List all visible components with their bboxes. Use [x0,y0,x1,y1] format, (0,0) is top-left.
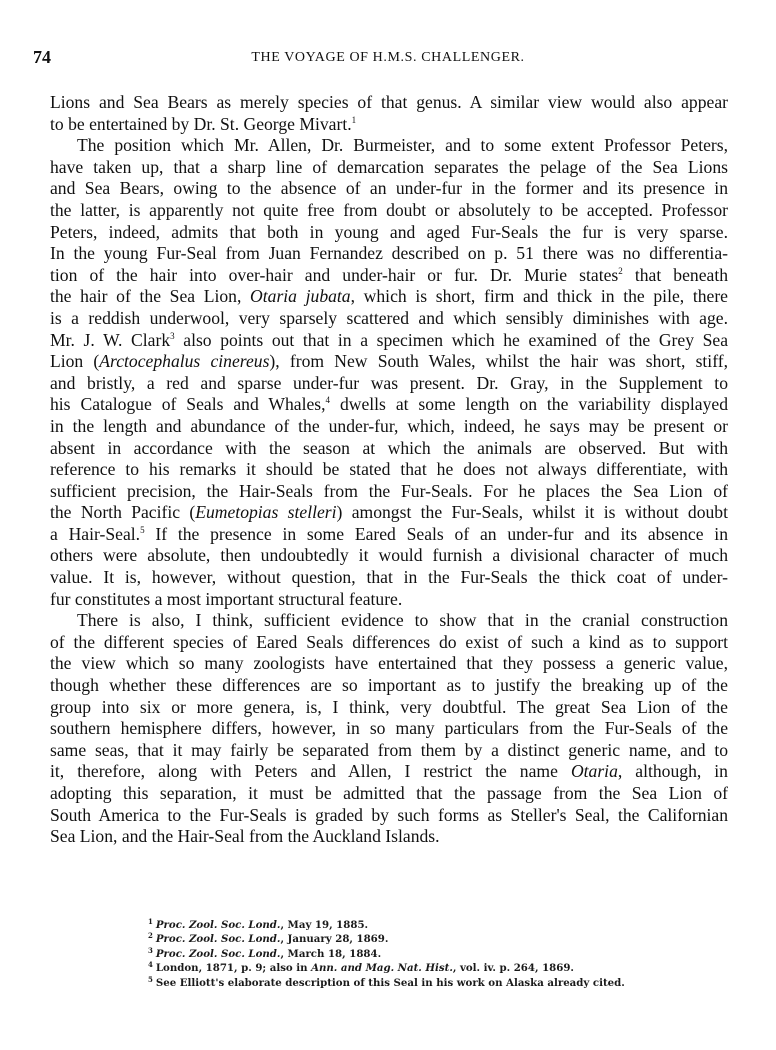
footnote-number: 3 [148,946,153,955]
line-text: value. It is, however, without question,… [50,567,728,587]
text-line: is a reddish underwool, very sparsely sc… [50,308,728,330]
text-line: it, therefore, along with Peters and All… [50,761,728,783]
footnote-5: 5See Elliott's elaborate description of … [148,976,625,990]
text-line: in the length and abundance of the under… [50,416,728,438]
line-text: others were absolute, then undoubtedly i… [50,545,728,565]
text-line: and Sea Bears, owing to the absence of a… [50,178,728,200]
line-text: Lion ( [50,351,99,371]
footnote-text: , March 18, 1884. [280,948,381,960]
text-line: value. It is, however, without question,… [50,567,728,589]
line-text: , although, in [618,761,728,781]
footnote-ref[interactable]: 1 [352,115,357,125]
text-line: South America to the Fur-Seals is graded… [50,805,728,827]
line-text: , which is short, firm and thick in the … [351,286,728,306]
line-text: There is also, I think, sufficient evide… [77,610,728,630]
text-line: adopting this separation, it must be adm… [50,783,728,805]
line-text: Lions and Sea Bears as merely species of… [50,92,728,112]
citation-title: Proc. Zool. Soc. Lond. [156,948,281,960]
text-line: a Hair-Seal.5 If the presence in some Ea… [50,524,728,546]
text-line: the North Pacific (Eumetopias stelleri) … [50,502,728,524]
line-text: southern hemisphere differs, however, in… [50,718,728,738]
text-line: group into six or more genera, is, I thi… [50,697,728,719]
line-text: the latter, is apparently not quite free… [50,200,728,220]
line-text: Sea Lion, and the Hair-Seal from the Auc… [50,826,440,846]
text-line: and bristly, a red and sparse under-fur … [50,373,728,395]
footnote-text: , January 28, 1869. [280,933,388,945]
line-text: ), from New South Wales, whilst the hair… [269,351,728,371]
line-text: it, therefore, along with Peters and All… [50,761,571,781]
text-line: though whether these differences are so … [50,675,728,697]
text-line: tion of the hair into over-hair and unde… [50,265,728,287]
line-text: to be entertained by Dr. St. George Miva… [50,114,352,134]
species-name: Eumetopias stelleri [195,502,336,522]
line-text: Peters, indeed, admits that both in youn… [50,222,728,242]
line-text: The position which Mr. Allen, Dr. Burmei… [77,135,728,155]
line-text: reference to his remarks it should be st… [50,459,728,479]
text-line: southern hemisphere differs, however, in… [50,718,728,740]
text-line: same seas, that it may fairly be separat… [50,740,728,762]
line-text: though whether these differences are so … [50,675,728,695]
line-text: of the different species of Eared Seals … [50,632,728,652]
species-name: Otaria [571,761,618,781]
line-text: fur constitutes a most important structu… [50,589,402,609]
line-text: have taken up, that a sharp line of dema… [50,157,728,177]
line-text: In the young Fur-Seal from Juan Fernande… [50,243,728,263]
footnote-text: London, 1871, p. 9; also in [156,962,311,974]
footnote-text: See Elliott's elaborate description of t… [156,977,625,989]
line-text: South America to the Fur-Seals is graded… [50,805,728,825]
text-line: others were absolute, then undoubtedly i… [50,545,728,567]
text-line: The position which Mr. Allen, Dr. Burmei… [50,135,728,157]
species-name: Arctocephalus cinereus [99,351,269,371]
text-line: There is also, I think, sufficient evide… [50,610,728,632]
line-text: group into six or more genera, is, I thi… [50,697,728,717]
line-text: his Catalogue of Seals and Whales, [50,394,326,414]
footnote-number: 4 [148,960,153,969]
citation-title: Ann. and Mag. Nat. Hist. [311,962,453,974]
footnotes: 1Proc. Zool. Soc. Lond., May 19, 1885.2P… [148,918,625,990]
text-line: Peters, indeed, admits that both in youn… [50,222,728,244]
line-text: the view which so many zoologists have e… [50,653,728,673]
footnote-number: 1 [148,917,153,926]
text-line: reference to his remarks it should be st… [50,459,728,481]
footnote-2: 2Proc. Zool. Soc. Lond., January 28, 186… [148,932,625,946]
line-text: and bristly, a red and sparse under-fur … [50,373,728,393]
text-line: to be entertained by Dr. St. George Miva… [50,114,728,136]
footnote-text: , May 19, 1885. [280,919,368,931]
text-line: the view which so many zoologists have e… [50,653,728,675]
footnote-number: 2 [148,931,153,940]
text-line: of the different species of Eared Seals … [50,632,728,654]
line-text: ) amongst the Fur-Seals, whilst it is wi… [337,502,728,522]
line-text: adopting this separation, it must be adm… [50,783,728,803]
line-text: absent in accordance with the season at … [50,438,728,458]
line-text: is a reddish underwool, very sparsely sc… [50,308,728,328]
line-text: dwells at some length on the variability… [330,394,728,414]
line-text: Mr. J. W. Clark [50,330,170,350]
text-line: Lions and Sea Bears as merely species of… [50,92,728,114]
footnote-number: 5 [148,975,153,984]
text-line: In the young Fur-Seal from Juan Fernande… [50,243,728,265]
line-text: same seas, that it may fairly be separat… [50,740,728,760]
line-text: and Sea Bears, owing to the absence of a… [50,178,728,198]
line-text: in the length and abundance of the under… [50,416,728,436]
footnote-1: 1Proc. Zool. Soc. Lond., May 19, 1885. [148,918,625,932]
line-text: the North Pacific ( [50,502,195,522]
text-line: sufficient precision, the Hair-Seals fro… [50,481,728,503]
footnote-text: , vol. iv. p. 264, 1869. [453,962,574,974]
line-text: sufficient precision, the Hair-Seals fro… [50,481,728,501]
text-line: Lion (Arctocephalus cinereus), from New … [50,351,728,373]
text-line: have taken up, that a sharp line of dema… [50,157,728,179]
species-name: Otaria jubata [250,286,351,306]
text-line: absent in accordance with the season at … [50,438,728,460]
citation-title: Proc. Zool. Soc. Lond. [156,933,281,945]
text-line: Sea Lion, and the Hair-Seal from the Auc… [50,826,728,848]
line-text: a Hair-Seal. [50,524,140,544]
line-text: If the presence in some Eared Seals of a… [145,524,728,544]
text-line: his Catalogue of Seals and Whales,4 dwel… [50,394,728,416]
running-title: THE VOYAGE OF H.M.S. CHALLENGER. [0,50,776,66]
line-text: that beneath [623,265,728,285]
text-line: the hair of the Sea Lion, Otaria jubata,… [50,286,728,308]
body-text: Lions and Sea Bears as merely species of… [50,92,728,848]
footnote-4: 4London, 1871, p. 9; also in Ann. and Ma… [148,961,625,975]
footnote-3: 3Proc. Zool. Soc. Lond., March 18, 1884. [148,947,625,961]
line-text: also points out that in a specimen which… [175,330,728,350]
line-text: tion of the hair into over-hair and unde… [50,265,618,285]
citation-title: Proc. Zool. Soc. Lond. [156,919,281,931]
text-line: the latter, is apparently not quite free… [50,200,728,222]
text-line: fur constitutes a most important structu… [50,589,728,611]
line-text: the hair of the Sea Lion, [50,286,250,306]
text-line: Mr. J. W. Clark3 also points out that in… [50,330,728,352]
